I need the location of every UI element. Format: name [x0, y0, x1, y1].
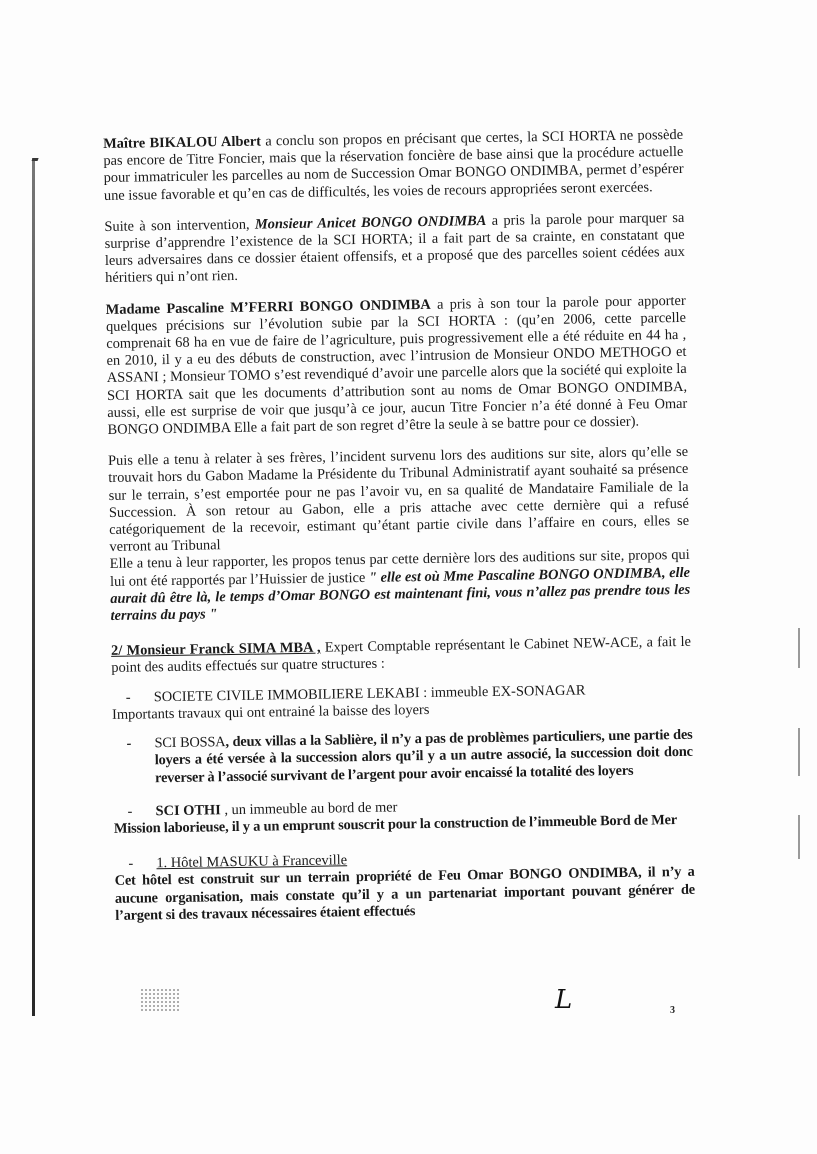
margin-mark — [798, 815, 800, 859]
paragraph-pascaline: Madame Pascaline M’FERRI BONGO ONDIMBA a… — [106, 292, 688, 439]
structure-name: SCI BOSSA — [154, 734, 225, 751]
paragraph-incident: Puis elle a tenu à relater à ses frères,… — [108, 444, 690, 556]
bullet-dash: - — [112, 735, 155, 787]
bullet-dash: - — [113, 803, 155, 821]
structure-detail: , un immeuble au bord de mer — [221, 799, 398, 818]
document-body: Maître BIKALOU Albert a conclu son propo… — [103, 127, 695, 925]
structure-note: Cet hôtel est construit sur un terrain p… — [115, 864, 696, 925]
stamp-smudge — [140, 988, 180, 1012]
paragraph-text: Puis elle a tenu à relater à ses frères,… — [108, 444, 689, 555]
section-heading: 2/ Monsieur Franck SIMA MBA , — [111, 640, 321, 659]
bullet-dash: - — [114, 855, 156, 873]
handwritten-initial: L — [555, 985, 572, 1015]
structure-name: 1. Hôtel MASUKU à Franceville — [156, 852, 347, 871]
structure-detail: : immeuble EX-SONAGAR — [419, 682, 585, 701]
paragraph-anicet: Suite à son intervention, Monsieur Anice… — [104, 210, 685, 288]
speaker-name: Maître BIKALOU Albert — [103, 134, 261, 152]
scanned-document-page: Maître BIKALOU Albert a conclu son propo… — [0, 0, 817, 1154]
structure-item-bossa: - SCI BOSSA, deux villas a la Sablière, … — [112, 727, 693, 788]
structure-name: SCI OTHI — [155, 802, 220, 819]
scan-edge-shadow — [32, 158, 35, 1016]
speaker-name: Monsieur Anicet BONGO ONDIMBA — [255, 213, 487, 233]
paragraph-intro: Suite à son intervention, — [104, 216, 255, 234]
page-number: 3 — [670, 1005, 675, 1016]
paragraph-quote: Elle a tenu à leur rapporter, les propos… — [110, 547, 691, 625]
paragraph-bikalou: Maître BIKALOU Albert a conclu son propo… — [103, 127, 684, 205]
margin-mark — [798, 628, 800, 668]
structure-detail: , deux villas a la Sablière, il n’y a pa… — [155, 727, 693, 786]
paragraph-sima-mba: 2/ Monsieur Franck SIMA MBA , Expert Com… — [111, 634, 691, 678]
bullet-dash: - — [112, 689, 154, 707]
margin-mark — [798, 728, 800, 776]
